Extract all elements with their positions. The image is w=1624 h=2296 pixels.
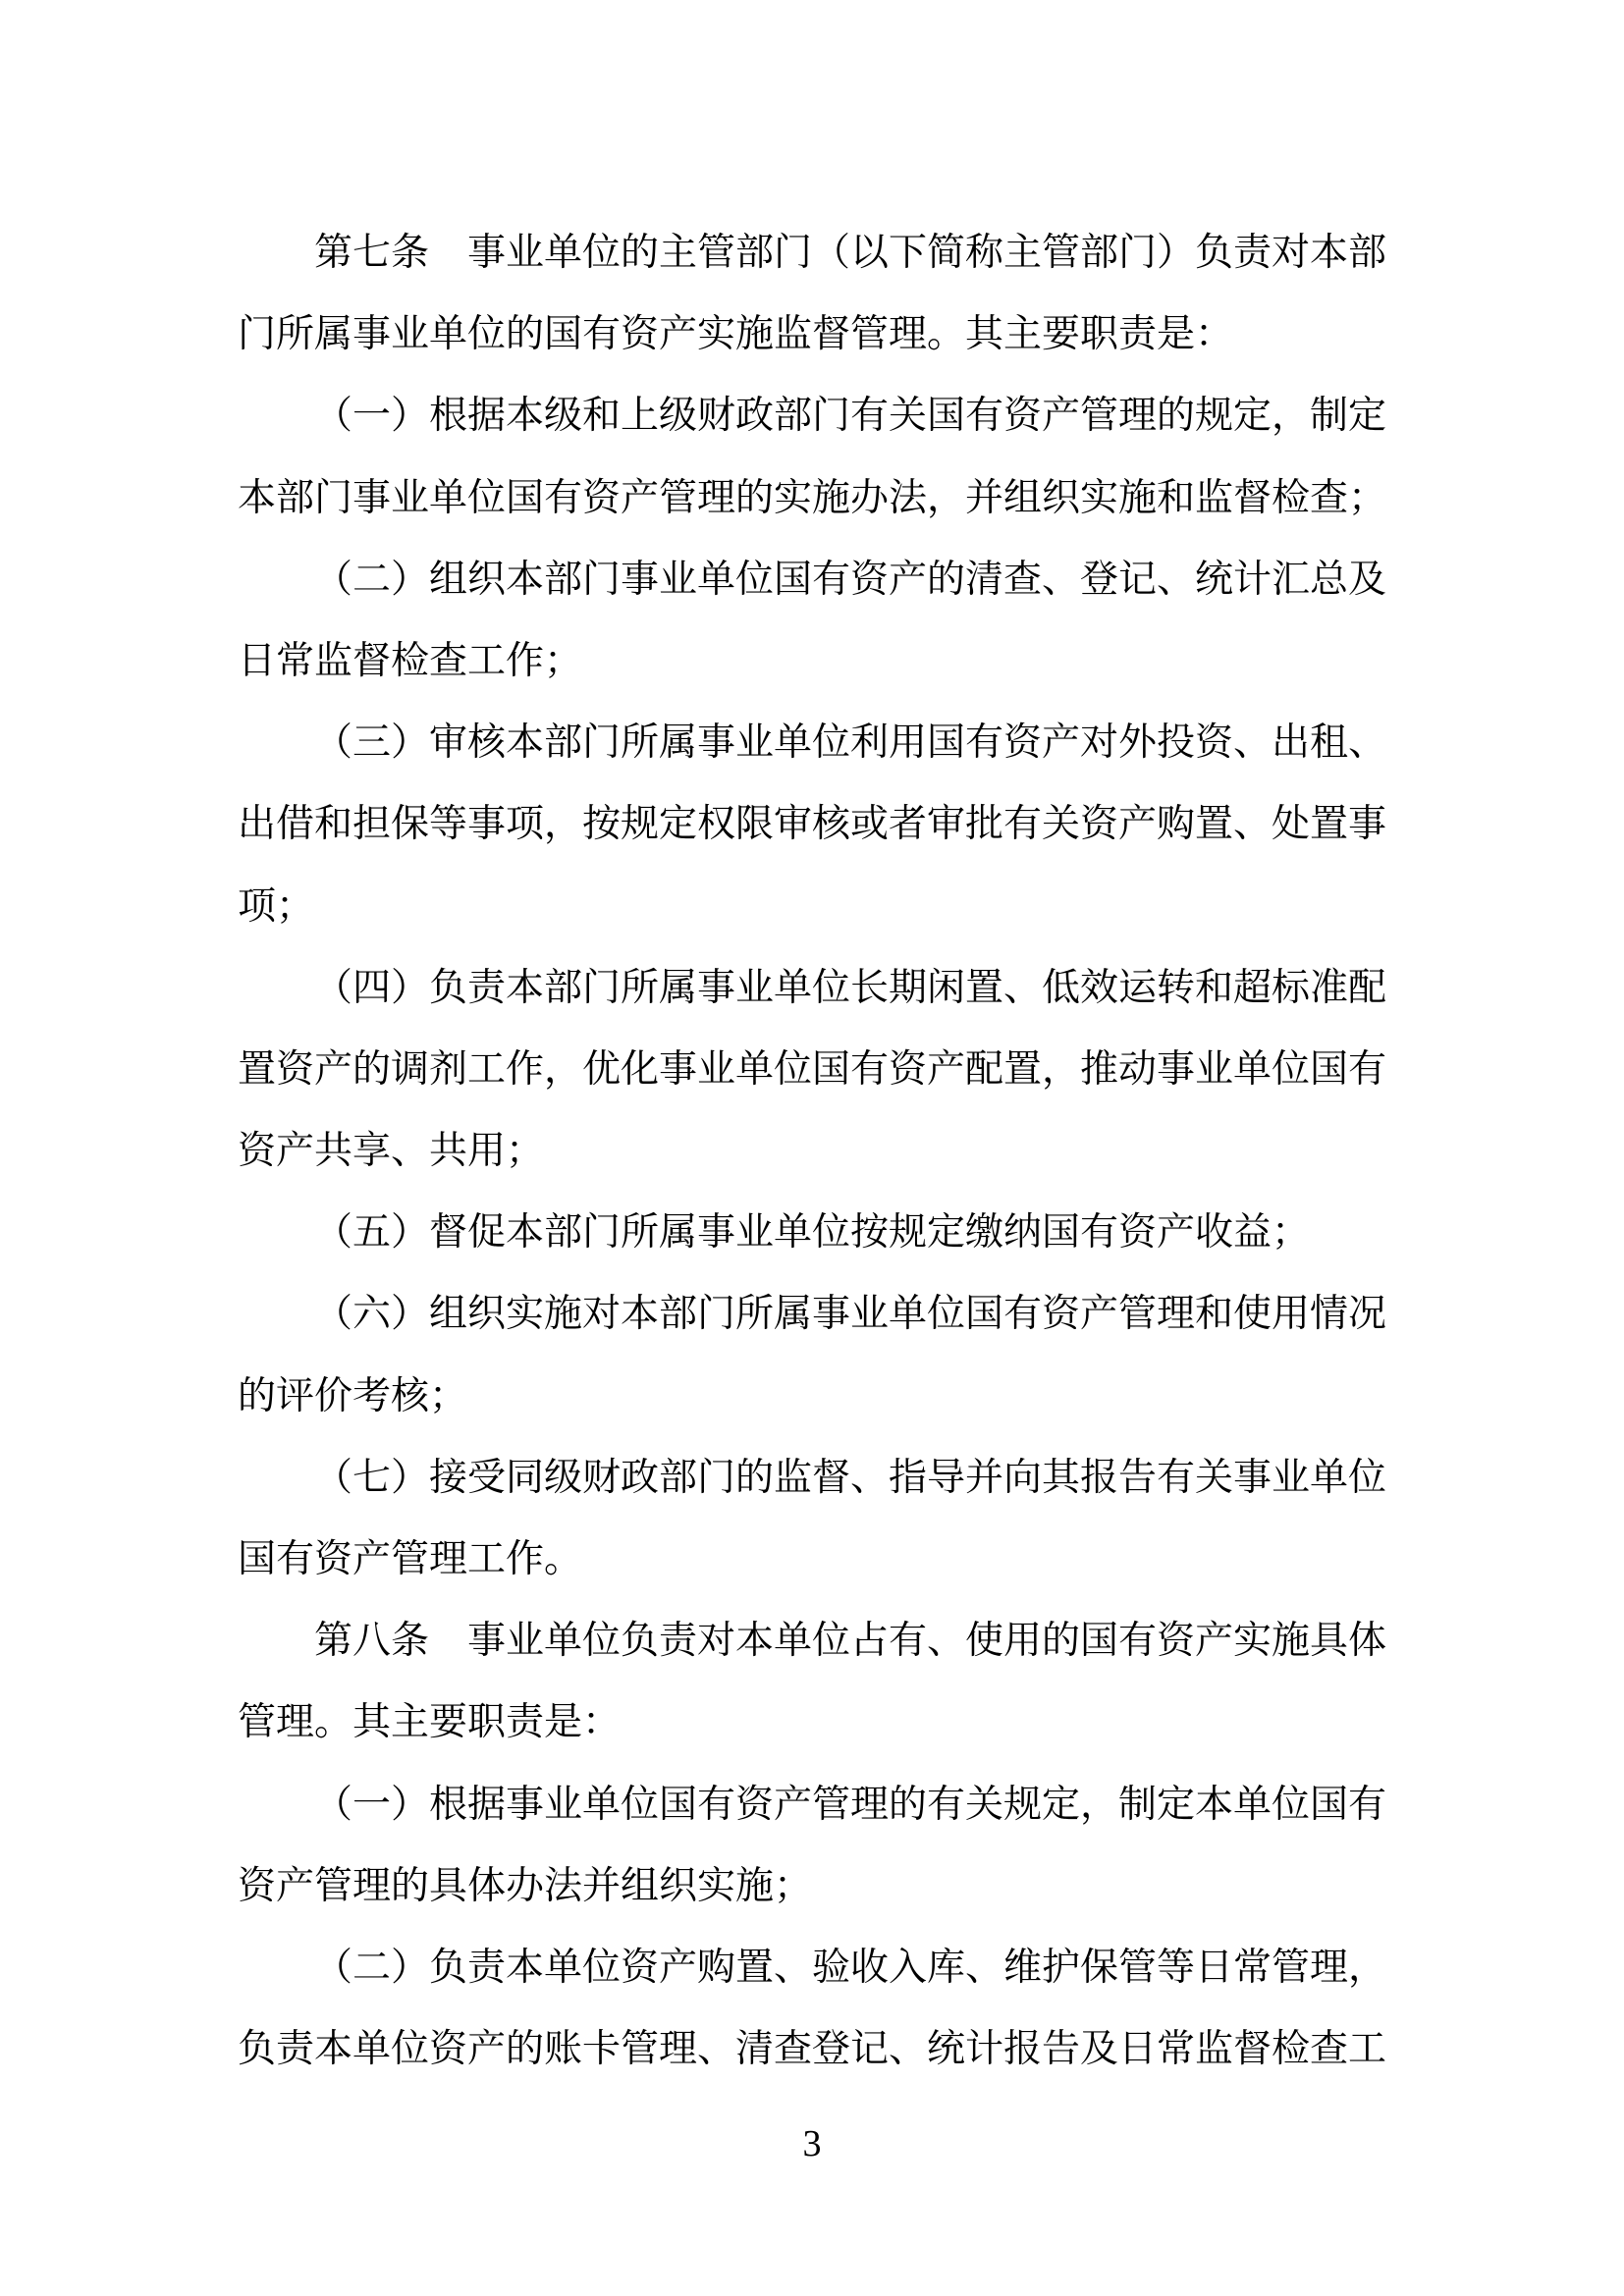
text-line: 管理。其主要职责是：: [238, 1682, 1386, 1763]
text-line: （一）根据本级和上级财政部门有关国有资产管理的规定，制定: [238, 375, 1386, 456]
text-line: 门所属事业单位的国有资产实施监督管理。其主要职责是：: [238, 294, 1386, 375]
text-line: 资产共享、共用；: [238, 1110, 1386, 1192]
text-line: 国有资产管理工作。: [238, 1519, 1386, 1600]
text-line: （六）组织实施对本部门所属事业单位国有资产管理和使用情况: [238, 1273, 1386, 1355]
document-page: 第七条 事业单位的主管部门（以下简称主管部门）负责对本部 门所属事业单位的国有资…: [0, 0, 1624, 2296]
text-line: 日常监督检查工作；: [238, 620, 1386, 702]
text-line: 负责本单位资产的账卡管理、清查登记、统计报告及日常监督检查工: [238, 2008, 1386, 2090]
text-line: （一）根据事业单位国有资产管理的有关规定，制定本单位国有: [238, 1764, 1386, 1845]
text-line: （二）负责本单位资产购置、验收入库、维护保管等日常管理，: [238, 1927, 1386, 2008]
text-line: （四）负责本部门所属事业单位长期闲置、低效运转和超标准配: [238, 947, 1386, 1029]
text-line: 本部门事业单位国有资产管理的实施办法，并组织实施和监督检查；: [238, 457, 1386, 539]
text-line: 第八条 事业单位负责对本单位占有、使用的国有资产实施具体: [238, 1600, 1386, 1682]
text-line: 出借和担保等事项，按规定权限审核或者审批有关资产购置、处置事: [238, 783, 1386, 865]
text-line: 的评价考核；: [238, 1356, 1386, 1437]
text-line: （二）组织本部门事业单位国有资产的清查、登记、统计汇总及: [238, 539, 1386, 620]
text-line: 第七条 事业单位的主管部门（以下简称主管部门）负责对本部: [238, 212, 1386, 294]
text-line: （七）接受同级财政部门的监督、指导并向其报告有关事业单位: [238, 1437, 1386, 1519]
page-number: 3: [0, 2120, 1624, 2167]
text-line: （三）审核本部门所属事业单位利用国有资产对外投资、出租、: [238, 702, 1386, 783]
text-line: 资产管理的具体办法并组织实施；: [238, 1845, 1386, 1927]
text-line: 置资产的调剂工作，优化事业单位国有资产配置，推动事业单位国有: [238, 1029, 1386, 1110]
text-line: （五）督促本部门所属事业单位按规定缴纳国有资产收益；: [238, 1192, 1386, 1273]
document-body: 第七条 事业单位的主管部门（以下简称主管部门）负责对本部 门所属事业单位的国有资…: [238, 212, 1386, 2090]
text-line: 项；: [238, 866, 1386, 947]
